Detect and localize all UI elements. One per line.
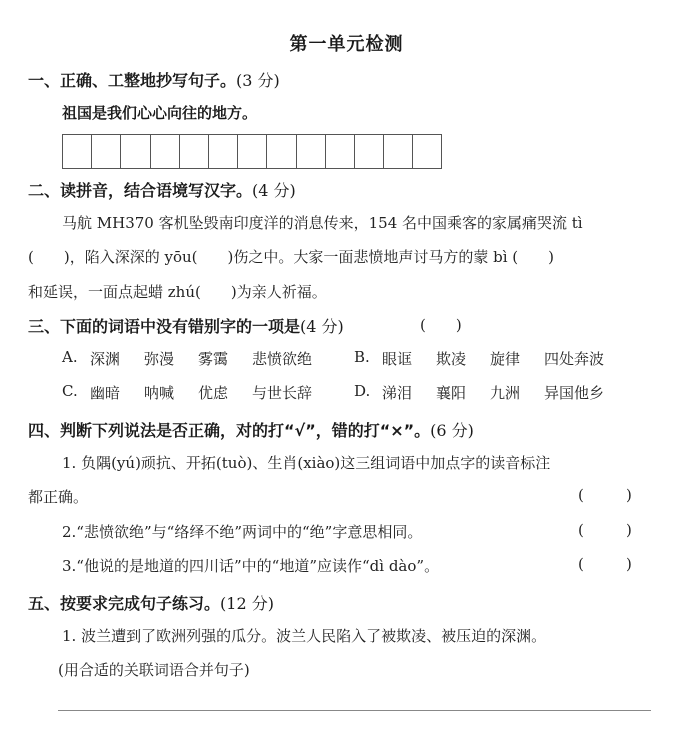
option-c-word: 优虑 — [198, 382, 228, 403]
option-d-word: 涕泪 — [382, 382, 412, 403]
judge-item-3: 3.“他说的是地道的四川话”中的“地道”应读作“dì dào”。 — [62, 555, 439, 576]
option-d-word: 九洲 — [490, 382, 520, 403]
grid-cell[interactable] — [297, 135, 326, 168]
option-a-word: 弥漫 — [144, 348, 174, 369]
section-4-heading-text: 四、判断下列说法是否正确，对的打“√”，错的打“×”。 — [28, 421, 430, 440]
copy-sentence: 祖国是我们心心向往的地方。 — [62, 102, 257, 123]
option-d-word: 异国他乡 — [544, 382, 604, 403]
writing-grid — [62, 134, 442, 169]
grid-cell[interactable] — [238, 135, 267, 168]
section-4-score: (6 分) — [430, 421, 474, 440]
sentence-exercise-1-instruction: (用合适的关联词语合并句子) — [58, 659, 250, 680]
grid-cell[interactable] — [267, 135, 296, 168]
judge-item-1-line-1: 1. 负隅(yú)顽抗、开拓(tuò)、生肖(xiào)这三组词语中加点字的读音… — [62, 452, 550, 473]
option-c-word: 幽暗 — [90, 382, 120, 403]
grid-cell[interactable] — [121, 135, 150, 168]
grid-cell[interactable] — [92, 135, 121, 168]
pinyin-passage-line-2: ( )，陷入深深的 yōu( )伤之中。大家一面悲愤地声讨马方的蒙 bì ( ) — [28, 246, 554, 267]
section-3-score: (4 分) — [300, 317, 344, 336]
grid-cell[interactable] — [326, 135, 355, 168]
judge-item-1-line-2: 都正确。 — [28, 486, 88, 507]
option-a-word: 雾霭 — [198, 348, 228, 369]
option-c-word: 呐喊 — [144, 382, 174, 403]
section-3-heading-text: 三、下面的词语中没有错别字的一项是 — [28, 317, 300, 336]
section-3-heading: 三、下面的词语中没有错别字的一项是(4 分) — [28, 314, 344, 337]
section-5-heading-text: 五、按要求完成句子练习。 — [28, 594, 220, 613]
section-5-heading: 五、按要求完成句子练习。(12 分) — [28, 591, 274, 614]
section-5-score: (12 分) — [220, 594, 274, 613]
option-b-word: 四处奔波 — [544, 348, 604, 369]
section-3-answer-blank[interactable]: ( ) — [420, 314, 462, 335]
section-2-heading: 二、读拼音，结合语境写汉字。(4 分) — [28, 178, 296, 201]
judge-item-2: 2.“悲愤欲绝”与“络绎不绝”两词中的“绝”字意思相同。 — [62, 521, 422, 542]
section-2-score: (4 分) — [252, 181, 296, 200]
grid-cell[interactable] — [180, 135, 209, 168]
option-b-word: 眼诓 — [382, 348, 412, 369]
grid-cell[interactable] — [63, 135, 92, 168]
sentence-exercise-1: 1. 波兰遭到了欧洲列强的瓜分。波兰人民陷入了被欺凌、被压迫的深渊。 — [62, 625, 546, 646]
pinyin-passage-line-1: 马航 MH370 客机坠毁南印度洋的消息传来，154 名中国乘客的家属痛哭流 t… — [62, 212, 583, 233]
option-b-word: 欺凌 — [436, 348, 466, 369]
option-c-label: C. — [62, 382, 78, 400]
section-1-score: (3 分) — [236, 71, 280, 90]
option-c-word: 与世长辞 — [252, 382, 312, 403]
page-title: 第一单元检测 — [0, 30, 693, 56]
option-a-word: 悲愤欲绝 — [252, 348, 312, 369]
option-b-word: 旋律 — [490, 348, 520, 369]
option-a-label: A. — [62, 348, 78, 366]
section-2-heading-text: 二、读拼音，结合语境写汉字。 — [28, 181, 252, 200]
grid-cell[interactable] — [355, 135, 384, 168]
answer-line[interactable] — [58, 710, 651, 711]
section-4-heading: 四、判断下列说法是否正确，对的打“√”，错的打“×”。(6 分) — [28, 418, 474, 441]
pinyin-passage-line-3: 和延误，一面点起蜡 zhú( )为亲人祈福。 — [28, 281, 327, 302]
section-1-heading-text: 一、正确、工整地抄写句子。 — [28, 71, 236, 90]
option-a-word: 深渊 — [90, 348, 120, 369]
grid-cell[interactable] — [413, 135, 442, 168]
option-b-label: B. — [354, 348, 370, 366]
grid-cell[interactable] — [209, 135, 238, 168]
option-d-word: 襄阳 — [436, 382, 466, 403]
option-d-label: D. — [354, 382, 370, 400]
grid-cell[interactable] — [151, 135, 180, 168]
grid-cell[interactable] — [384, 135, 413, 168]
section-1-heading: 一、正确、工整地抄写句子。(3 分) — [28, 68, 280, 91]
